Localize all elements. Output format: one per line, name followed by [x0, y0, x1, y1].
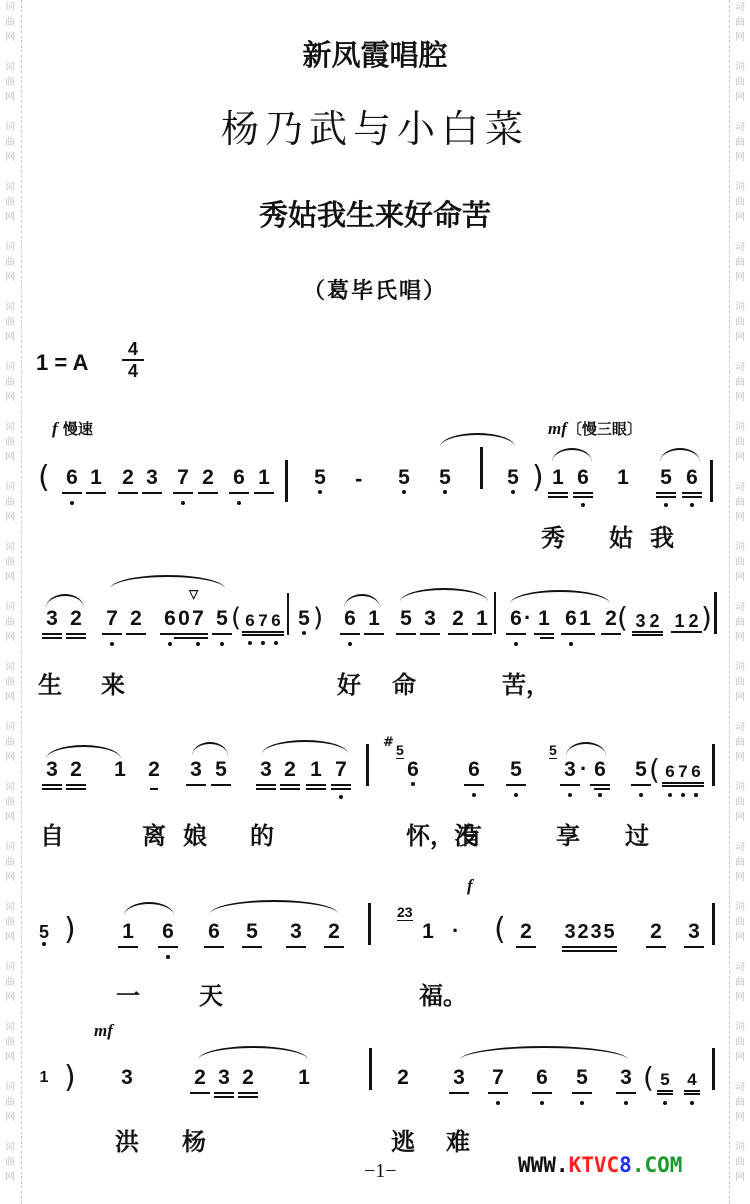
watermark-char: 曲 — [735, 1155, 745, 1170]
watermark-group: 词曲网 — [5, 420, 15, 465]
note: 3 — [634, 609, 647, 633]
watermark-char: 曲 — [5, 675, 15, 690]
note: 2 — [518, 920, 534, 944]
watermark-char: 词 — [735, 780, 745, 795]
watermark-group: 词曲网 — [735, 300, 745, 345]
site-watermark: WWW.KTVC8.COM — [518, 1153, 682, 1177]
note: 3 — [686, 920, 702, 944]
paren-open: ( — [643, 1058, 654, 1098]
note: 1 — [577, 607, 593, 631]
note: 5 — [505, 466, 521, 490]
lyric: 的 — [250, 816, 274, 851]
slur — [110, 575, 225, 589]
note: 5 — [658, 466, 674, 490]
watermark-char: 曲 — [5, 915, 15, 930]
lyric: 杨 — [182, 1122, 206, 1157]
barline — [287, 593, 289, 635]
watermark-char: 曲 — [735, 915, 745, 930]
watermark-group: 词曲网 — [735, 1080, 745, 1125]
watermark-group: 词曲网 — [735, 960, 745, 1005]
watermark-group: 词曲网 — [5, 480, 15, 525]
slur — [262, 740, 348, 754]
lyric: 过 — [625, 816, 649, 851]
watermark-char: 曲 — [5, 975, 15, 990]
watermark-char: 网 — [735, 690, 745, 705]
watermark-char: 曲 — [5, 375, 15, 390]
watermark-group: 词曲网 — [5, 1020, 15, 1065]
note: 1 — [256, 466, 272, 490]
grace-note: 5 — [396, 743, 404, 759]
note: 5 — [244, 920, 260, 944]
paren-close: ) — [313, 598, 323, 638]
right-watermark: 词曲网词曲网词曲网词曲网词曲网词曲网词曲网词曲网词曲网词曲网词曲网词曲网词曲网词… — [730, 0, 750, 1204]
note: 3 — [44, 607, 60, 631]
sharp-icon: # — [383, 735, 394, 750]
watermark-char: 网 — [5, 390, 15, 405]
watermark-char: 曲 — [5, 435, 15, 450]
watermark-char: 网 — [735, 390, 745, 405]
paren-close: ) — [532, 458, 544, 498]
watermark-char: 曲 — [5, 1095, 15, 1110]
watermark-char: 网 — [5, 450, 15, 465]
lyric: 来 — [101, 665, 125, 700]
watermark-char: 网 — [5, 930, 15, 945]
watermark-char: 网 — [5, 810, 15, 825]
key-signature: 1 = A — [36, 350, 88, 376]
left-watermark: 词曲网词曲网词曲网词曲网词曲网词曲网词曲网词曲网词曲网词曲网词曲网词曲网词曲网词… — [0, 0, 20, 1204]
watermark-char: 词 — [5, 480, 15, 495]
lyric: 好 — [337, 665, 361, 700]
watermark-group: 词曲网 — [735, 900, 745, 945]
note: 2 — [200, 466, 216, 490]
watermark-char: 曲 — [5, 555, 15, 570]
tie — [440, 433, 515, 447]
watermark-char: 词 — [5, 900, 15, 915]
watermark-char: 词 — [5, 720, 15, 735]
grace-note: 23 — [397, 905, 413, 921]
watermark-char: 网 — [5, 990, 15, 1005]
note: 5 — [296, 607, 312, 631]
lyric: 福。 — [419, 976, 467, 1011]
watermark-char: 词 — [735, 360, 745, 375]
note: 2 — [395, 1066, 411, 1090]
note: 1 — [112, 758, 128, 782]
lyric: 我 — [650, 518, 674, 553]
watermark-char: 曲 — [735, 855, 745, 870]
watermark-group: 词曲网 — [735, 480, 745, 525]
lyric: 苦， — [502, 665, 550, 700]
note: 1 — [474, 607, 490, 631]
lyric: 命 — [392, 665, 416, 700]
watermark-char: 曲 — [5, 1035, 15, 1050]
note: 6 — [508, 607, 524, 631]
note: 2 — [120, 466, 136, 490]
barline — [368, 903, 371, 945]
note: 5 — [574, 1066, 590, 1090]
watermark-char: 曲 — [735, 735, 745, 750]
slur — [460, 1046, 628, 1060]
note: 5 — [213, 758, 229, 782]
dot: · — [452, 918, 459, 944]
slur — [510, 590, 610, 604]
note: 6 — [160, 920, 176, 944]
note: 7 — [333, 758, 349, 782]
note: 1 — [615, 466, 631, 490]
note: 6 — [244, 609, 256, 633]
watermark-char: 词 — [5, 360, 15, 375]
watermark-group: 词曲网 — [5, 960, 15, 1005]
watermark-char: 网 — [735, 870, 745, 885]
watermark-char: 曲 — [5, 495, 15, 510]
note: 7 — [104, 607, 120, 631]
watermark-char: 词 — [5, 1080, 15, 1095]
paren-open: ( — [649, 750, 660, 790]
watermark-char: 词 — [5, 780, 15, 795]
slur — [344, 594, 380, 608]
barline — [714, 592, 717, 634]
watermark-char: 曲 — [5, 615, 15, 630]
watermark-char: 网 — [735, 570, 745, 585]
watermark-char: 曲 — [735, 1095, 745, 1110]
barline — [712, 903, 715, 945]
note: 7 — [490, 1066, 506, 1090]
singer-credit: （葛毕氏唱） — [0, 274, 750, 305]
note: 2 — [68, 758, 84, 782]
note: 2 — [128, 607, 144, 631]
barline — [494, 592, 496, 634]
watermark-char: 网 — [5, 630, 15, 645]
note: 5 — [398, 607, 414, 631]
note: 2 — [687, 609, 700, 633]
note: 5 — [214, 607, 230, 631]
watermark-char: 词 — [5, 600, 15, 615]
note: 2 — [192, 1066, 208, 1090]
note: 2 — [326, 920, 342, 944]
note: 2 — [146, 758, 162, 782]
note: 6 — [206, 920, 222, 944]
watermark-char: 网 — [735, 1110, 745, 1125]
watermark-char: 网 — [735, 450, 745, 465]
watermark-char: 曲 — [5, 315, 15, 330]
watermark-group: 词曲网 — [5, 1140, 15, 1185]
watermark-char: 词 — [5, 240, 15, 255]
paren-open: ( — [231, 598, 241, 638]
note: 6 — [664, 760, 676, 784]
note: 7 — [257, 609, 269, 633]
watermark-group: 词曲网 — [735, 360, 745, 405]
note: 1 — [366, 607, 382, 631]
watermark-char: 曲 — [735, 615, 745, 630]
watermark-char: 曲 — [5, 15, 15, 30]
paren-close: ) — [64, 910, 76, 950]
note: 2 — [282, 758, 298, 782]
note: 3 — [564, 920, 576, 944]
barline — [285, 460, 288, 502]
lyric: 逃 — [391, 1122, 415, 1157]
watermark-char: 网 — [735, 630, 745, 645]
watermark-group: 词曲网 — [735, 780, 745, 825]
site-part: C — [607, 1153, 620, 1177]
note: 5 — [312, 466, 328, 490]
watermark-char: 网 — [5, 510, 15, 525]
watermark-group: 词曲网 — [735, 600, 745, 645]
watermark-char: 词 — [735, 840, 745, 855]
watermark-char: 曲 — [5, 735, 15, 750]
watermark-char: 词 — [735, 420, 745, 435]
note: 5 — [633, 758, 649, 782]
lyric: 秀 — [541, 518, 565, 553]
watermark-char: 网 — [735, 1050, 745, 1065]
watermark-char: 词 — [735, 720, 745, 735]
watermark-char: 网 — [5, 870, 15, 885]
note: 5 — [36, 920, 52, 944]
note: 1 — [88, 466, 104, 490]
watermark-char: 词 — [735, 540, 745, 555]
watermark-char: 曲 — [735, 315, 745, 330]
paren-open: ( — [617, 598, 628, 638]
note: 1 — [308, 758, 324, 782]
paren-open: ( — [494, 910, 506, 950]
watermark-char: 网 — [5, 570, 15, 585]
watermark-char: 词 — [5, 960, 15, 975]
note: 3 — [590, 920, 602, 944]
watermark-char: 曲 — [735, 375, 745, 390]
page-number: −1− — [364, 1160, 397, 1183]
tempo-mark: f 慢速 — [52, 418, 93, 439]
slur — [660, 448, 700, 462]
note: 3 — [144, 466, 160, 490]
watermark-char: 词 — [5, 1020, 15, 1035]
time-signature: 4 4 — [122, 340, 144, 380]
watermark-char: 曲 — [5, 1155, 15, 1170]
note: 1 — [296, 1066, 312, 1090]
watermark-group: 词曲网 — [5, 780, 15, 825]
note: 6 — [231, 466, 247, 490]
watermark-char: 词 — [735, 960, 745, 975]
note: 3 — [216, 1066, 232, 1090]
barline — [712, 744, 715, 786]
note: 6 — [534, 1066, 550, 1090]
note: 3 — [562, 758, 578, 782]
lyric: 自 — [40, 816, 64, 851]
watermark-group: 词曲网 — [735, 720, 745, 765]
watermark-char: 曲 — [735, 435, 745, 450]
slur — [552, 448, 592, 462]
watermark-group: 词曲网 — [5, 600, 15, 645]
note: 3 — [119, 1066, 135, 1090]
dot: · — [524, 605, 531, 631]
note: 6 — [684, 466, 700, 490]
watermark-group: 词曲网 — [5, 1080, 15, 1125]
note: 6 — [575, 466, 591, 490]
lyric: 一 — [116, 976, 140, 1011]
barline — [480, 447, 483, 489]
paren-close: ) — [64, 1058, 76, 1098]
note: 4 — [686, 1068, 698, 1092]
note: 1 — [550, 466, 566, 490]
watermark-char: 词 — [735, 900, 745, 915]
lyric: 生 — [38, 665, 62, 700]
watermark-char: 网 — [735, 330, 745, 345]
note: 2 — [648, 920, 664, 944]
watermark-group: 词曲网 — [735, 660, 745, 705]
watermark-char: 词 — [5, 420, 15, 435]
watermark-char: 网 — [5, 1050, 15, 1065]
watermark-char: 词 — [735, 1020, 745, 1035]
watermark-char: 曲 — [735, 675, 745, 690]
slur — [124, 902, 174, 916]
watermark-group: 词曲网 — [735, 1140, 745, 1185]
aria-title: 秀姑我生来好命苦 — [0, 193, 750, 234]
site-part: .COM — [632, 1153, 683, 1177]
watermark-char: 词 — [735, 0, 745, 15]
note: 6 — [64, 466, 80, 490]
site-part: KTV — [569, 1153, 607, 1177]
note: 3 — [44, 758, 60, 782]
watermark-char: 网 — [5, 1170, 15, 1185]
barline — [710, 460, 713, 502]
note: 6 — [592, 758, 608, 782]
note: 5 — [603, 920, 615, 944]
note: 2 — [450, 607, 466, 631]
grace-note: 5 — [549, 743, 557, 759]
watermark-group: 词曲网 — [5, 840, 15, 885]
note: 3 — [451, 1066, 467, 1090]
watermark-char: 网 — [5, 1110, 15, 1125]
accent-triangle-icon: ▽ — [189, 587, 198, 601]
watermark-char: 曲 — [735, 75, 745, 90]
slur — [198, 1046, 308, 1060]
note: 3 — [618, 1066, 634, 1090]
watermark-char: 词 — [5, 660, 15, 675]
dot: · — [580, 756, 587, 782]
note: 5 — [396, 466, 412, 490]
watermark-group: 词曲网 — [5, 300, 15, 345]
note: 3 — [188, 758, 204, 782]
dynamic-mark: f — [467, 876, 473, 896]
note: 1 — [536, 607, 552, 631]
time-denominator: 4 — [122, 362, 144, 380]
dynamic-mark: mf — [94, 1021, 113, 1041]
site-part: 8 — [619, 1153, 632, 1177]
watermark-char: 网 — [735, 510, 745, 525]
note: 6 — [466, 758, 482, 782]
slur — [192, 742, 228, 756]
note: 3 — [258, 758, 274, 782]
note: 1 — [673, 609, 686, 633]
note: 5 — [659, 1068, 671, 1092]
lyric: 难 — [446, 1122, 470, 1157]
opera-title: 杨乃武与小白菜 — [0, 98, 750, 153]
watermark-char: 词 — [5, 840, 15, 855]
watermark-char: 曲 — [735, 975, 745, 990]
watermark-char: 曲 — [5, 795, 15, 810]
lyric: 天 — [199, 976, 223, 1011]
note: 1 — [36, 1066, 52, 1090]
watermark-char: 曲 — [735, 795, 745, 810]
watermark-group: 词曲网 — [5, 660, 15, 705]
watermark-char: 词 — [735, 660, 745, 675]
lyric: 有 — [458, 816, 482, 851]
site-part: WWW. — [518, 1153, 569, 1177]
watermark-char: 曲 — [735, 255, 745, 270]
lyric: 洪 — [115, 1122, 139, 1157]
watermark-char: 网 — [735, 990, 745, 1005]
watermark-char: 曲 — [735, 555, 745, 570]
note: 2 — [577, 920, 589, 944]
watermark-char: 曲 — [735, 1035, 745, 1050]
watermark-char: 曲 — [5, 255, 15, 270]
watermark-char: 词 — [5, 540, 15, 555]
watermark-char: 词 — [735, 1080, 745, 1095]
watermark-group: 词曲网 — [5, 720, 15, 765]
lyric: 姑 — [609, 518, 633, 553]
banshi-mark: mf〔慢三眼〕 — [548, 418, 642, 439]
watermark-group: 词曲网 — [5, 360, 15, 405]
paren-close: ) — [701, 598, 712, 638]
series-title: 新凤霞唱腔 — [0, 33, 750, 74]
note: 6 — [270, 609, 282, 633]
watermark-char: 词 — [735, 480, 745, 495]
note: 1 — [420, 920, 436, 944]
dash: - — [355, 466, 362, 492]
barline — [369, 1048, 372, 1090]
note: 6 — [690, 760, 702, 784]
watermark-char: 网 — [735, 1170, 745, 1185]
note: 3 — [422, 607, 438, 631]
watermark-char: 词 — [735, 600, 745, 615]
barline — [366, 744, 369, 786]
watermark-char: 曲 — [5, 75, 15, 90]
watermark-group: 词曲网 — [5, 540, 15, 585]
watermark-group: 词曲网 — [5, 900, 15, 945]
note: 5 — [437, 466, 453, 490]
watermark-group: 词曲网 — [735, 840, 745, 885]
watermark-group: 词曲网 — [735, 540, 745, 585]
note: 1 — [120, 920, 136, 944]
lyric: 离 — [142, 816, 166, 851]
watermark-group: 词曲网 — [735, 420, 745, 465]
watermark-char: 网 — [5, 330, 15, 345]
time-numerator: 4 — [122, 340, 144, 358]
slur — [46, 594, 84, 608]
note: 2 — [648, 609, 661, 633]
watermark-char: 曲 — [735, 15, 745, 30]
slur — [210, 900, 338, 914]
left-margin-line — [21, 0, 22, 1204]
barline — [712, 1048, 715, 1090]
watermark-char: 网 — [735, 810, 745, 825]
watermark-char: 词 — [735, 1140, 745, 1155]
note: 7 — [190, 607, 206, 631]
watermark-char: 词 — [735, 240, 745, 255]
note: 2 — [240, 1066, 256, 1090]
watermark-char: 网 — [5, 690, 15, 705]
watermark-char: 网 — [735, 930, 745, 945]
note: 2 — [68, 607, 84, 631]
lyric: 娘 — [183, 816, 207, 851]
watermark-char: 词 — [5, 1140, 15, 1155]
lyric: 享 — [556, 816, 580, 851]
note: 7 — [175, 466, 191, 490]
note: 6 — [342, 607, 358, 631]
watermark-group: 词曲网 — [735, 1020, 745, 1065]
note: 5 — [508, 758, 524, 782]
watermark-char: 曲 — [735, 495, 745, 510]
note: 7 — [677, 760, 689, 784]
paren-open: ( — [38, 458, 50, 498]
slur — [46, 745, 121, 759]
